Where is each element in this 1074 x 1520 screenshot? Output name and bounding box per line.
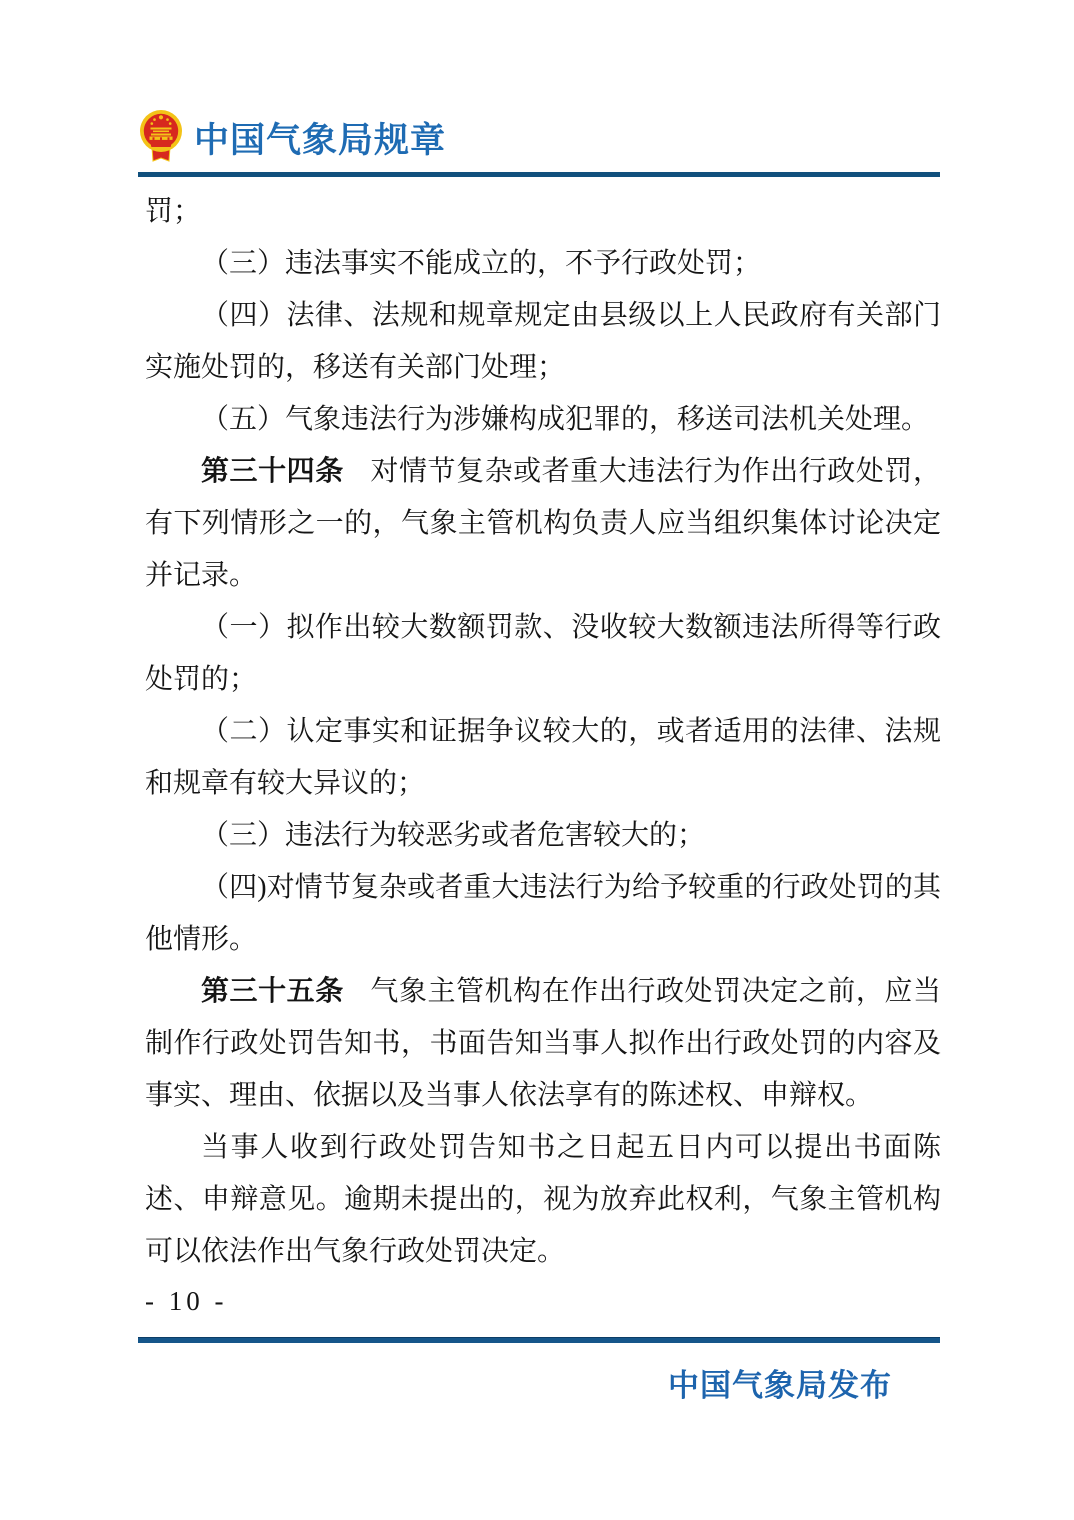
paragraph: （三）违法事实不能成立的，不予行政处罚； (145, 238, 941, 290)
publisher-label: 中国气象局发布 (668, 1360, 892, 1405)
paragraph: （五）气象违法行为涉嫌构成犯罪的，移送司法机关处理。 (145, 394, 941, 446)
paragraph: （三）违法行为较恶劣或者危害较大的； (145, 810, 941, 862)
national-emblem-icon (138, 109, 184, 168)
footer-rule (138, 1337, 940, 1343)
page-number: - 10 - (145, 1286, 227, 1317)
page-header: 中国气象局规章 (138, 110, 446, 166)
header-rule (138, 172, 940, 177)
document-page: 中国气象局规章 罚； （三）违法事实不能成立的，不予行政处罚； （四）法律、法规… (0, 0, 1074, 1520)
article-term: 第三十五条 (201, 976, 344, 1007)
paragraph: 罚； (145, 186, 941, 238)
paragraph-article-35: 第三十五条气象主管机构在作出行政处罚决定之前，应当制作行政处罚告知书，书面告知当… (145, 966, 941, 1122)
paragraph-article-34: 第三十四条对情节复杂或者重大违法行为作出行政处罚，有下列情形之一的，气象主管机构… (145, 446, 941, 602)
article-term: 第三十四条 (201, 456, 344, 487)
paragraph: （二）认定事实和证据争议较大的，或者适用的法律、法规和规章有较大异议的； (145, 706, 941, 810)
header-title: 中国气象局规章 (194, 113, 446, 163)
paragraph: （一）拟作出较大数额罚款、没收较大数额违法所得等行政处罚的； (145, 602, 941, 706)
paragraph: 当事人收到行政处罚告知书之日起五日内可以提出书面陈述、申辩意见。逾期未提出的，视… (145, 1122, 941, 1278)
paragraph: （四）法律、法规和规章规定由县级以上人民政府有关部门实施处罚的，移送有关部门处理… (145, 290, 941, 394)
document-body: 罚； （三）违法事实不能成立的，不予行政处罚； （四）法律、法规和规章规定由县级… (145, 186, 941, 1278)
paragraph: （四)对情节复杂或者重大违法行为给予较重的行政处罚的其他情形。 (145, 862, 941, 966)
